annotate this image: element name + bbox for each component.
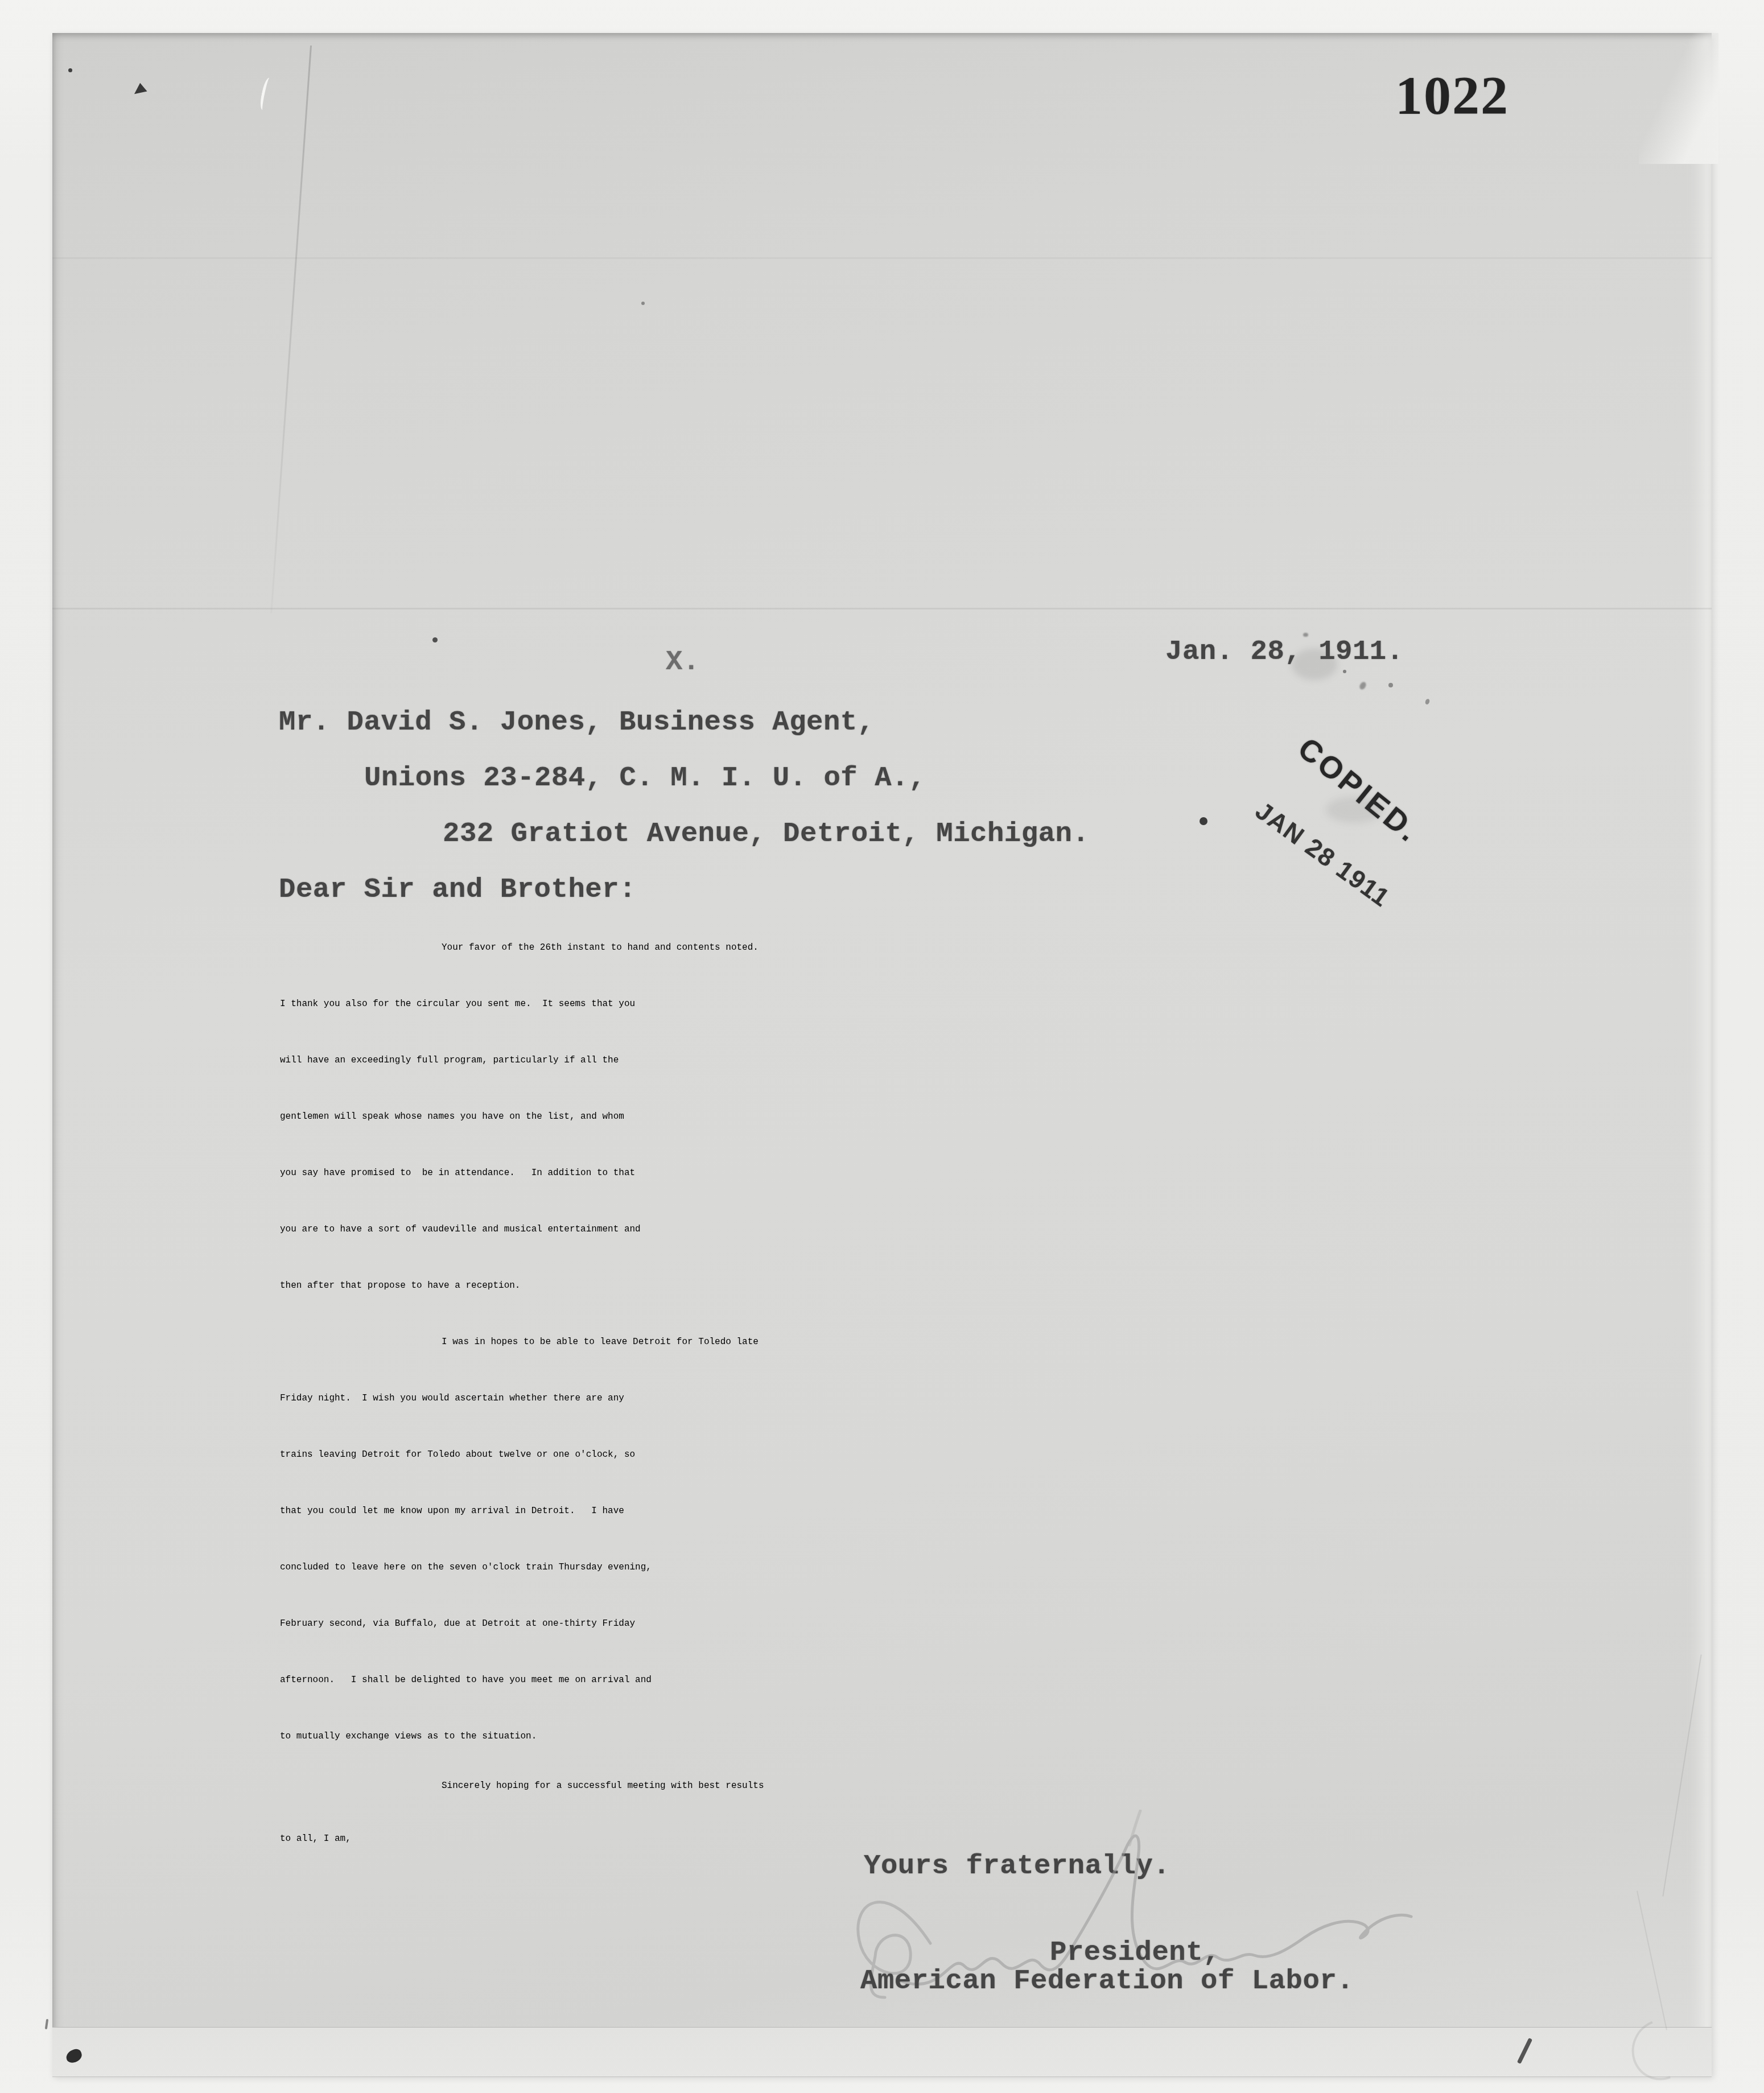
ink-speck (432, 637, 438, 642)
body-line: you say have promised to be in attendanc… (280, 1145, 1503, 1201)
body-line: I was in hopes to be able to leave Detro… (280, 1314, 1503, 1370)
ink-dot (1200, 817, 1207, 825)
page-number: 1022 (1395, 64, 1509, 127)
horizontal-crease-faint (52, 257, 1712, 259)
ink-speck (45, 2019, 48, 2029)
body-line: you are to have a sort of vaudeville and… (280, 1201, 1503, 1258)
recipient-name-line: Mr. David S. Jones, Business Agent, (279, 706, 875, 739)
pencil-smudge (1326, 797, 1383, 823)
body-line: concluded to leave here on the seven o'c… (280, 1539, 1503, 1596)
recipient-union-line: Unions 23-284, C. M. I. U. of A., (364, 761, 926, 795)
reference-mark: X. (666, 645, 700, 679)
body-line: to mutually exchange views as to the sit… (280, 1708, 1503, 1765)
bottom-fold-strip (52, 2027, 1712, 2077)
ink-speck (68, 68, 72, 72)
body-line: gentlemen will speak whose names you hav… (280, 1089, 1503, 1145)
pencil-smudge (1292, 649, 1337, 680)
top-right-corner-fold (1639, 33, 1718, 164)
body-line: Your favor of the 26th instant to hand a… (280, 920, 1503, 976)
ink-speck (641, 302, 645, 305)
ink-speck (1388, 683, 1393, 687)
salutation: Dear Sir and Brother: (279, 873, 636, 907)
body-line: then after that propose to have a recept… (280, 1258, 1503, 1314)
body-line: will have an exceedingly full program, p… (280, 1032, 1503, 1089)
letter-body: Your favor of the 26th instant to hand a… (280, 920, 1503, 1765)
body-line: February second, via Buffalo, due at Det… (280, 1596, 1503, 1652)
ink-speck (1303, 633, 1308, 637)
body-line: trains leaving Detroit for Toledo about … (280, 1427, 1503, 1483)
body-line: Friday night. I wish you would ascertain… (280, 1370, 1503, 1427)
scanned-letter-page: 1022 X. Jan. 28, 1911. Mr. David S. Jone… (0, 0, 1764, 2093)
horizontal-crease (52, 608, 1712, 609)
recipient-street-line: 232 Gratiot Avenue, Detroit, Michigan. (443, 817, 1089, 851)
ink-speck (1343, 670, 1346, 673)
signer-organization: American Federation of Labor. (860, 1964, 1354, 1998)
body-line: afternoon. I shall be delighted to have … (280, 1652, 1503, 1708)
closing-line: Sincerely hoping for a successful meetin… (280, 1760, 1503, 1812)
body-line: that you could let me know upon my arriv… (280, 1483, 1503, 1539)
body-line: I thank you also for the circular you se… (280, 976, 1503, 1032)
date-line: Jan. 28, 1911. (1165, 635, 1404, 669)
